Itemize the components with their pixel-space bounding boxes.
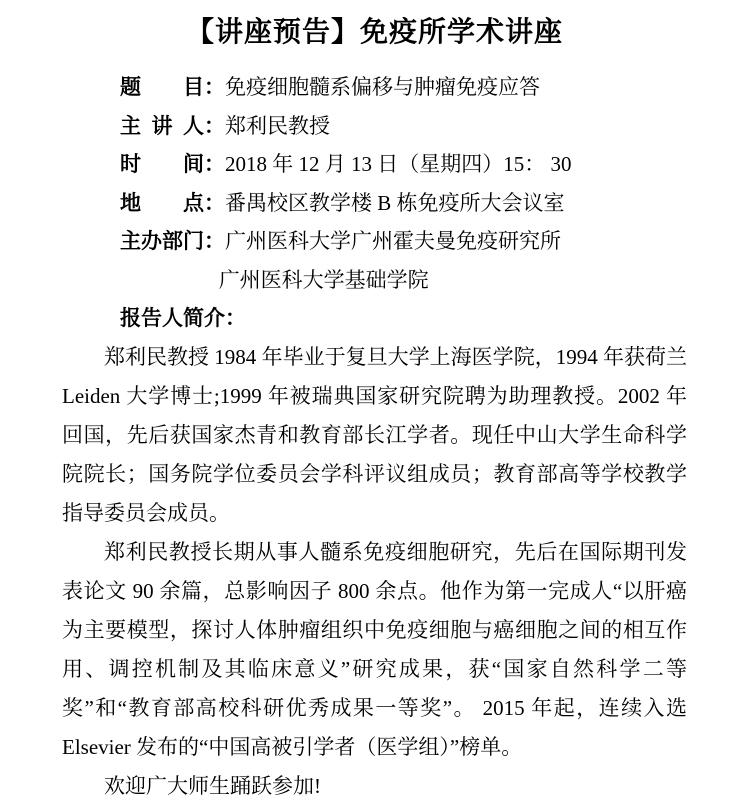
field-row-time: 时间：2018 年 12 月 13 日（星期四）15： 30 <box>120 145 687 184</box>
field-value-topic: 免疫细胞髓系偏移与肿瘤免疫应答 <box>225 75 540 99</box>
speaker-bio-paragraph-2: 郑利民教授长期从事人髓系免疫细胞研究，先后在国际期刊发表论文 90 余篇，总影响… <box>62 533 687 767</box>
field-row-speaker: 主讲人：郑利民教授 <box>120 107 687 146</box>
field-label-organizer: 主办部门 <box>120 222 204 261</box>
field-colon: ： <box>204 75 225 99</box>
page-title: 【讲座预告】免疫所学术讲座 <box>62 14 687 52</box>
field-colon: ： <box>204 152 225 176</box>
field-row-location: 地点：番禺校区教学楼 B 栋免疫所大会议室 <box>120 184 687 223</box>
document-page: 【讲座预告】免疫所学术讲座 题目：免疫细胞髓系偏移与肿瘤免疫应答 主讲人：郑利民… <box>0 0 747 804</box>
field-label-speaker: 主讲人 <box>120 107 204 146</box>
field-row-organizer: 主办部门：广州医科大学广州霍夫曼免疫研究所 <box>120 222 687 261</box>
speaker-bio-paragraph-1: 郑利民教授 1984 年毕业于复旦大学上海医学院，1994 年获荷兰 Leide… <box>62 338 687 533</box>
field-colon: ： <box>204 229 225 253</box>
closing-invitation: 欢迎广大师生踊跃参加! <box>62 767 687 804</box>
field-value-location: 番禺校区教学楼 B 栋免疫所大会议室 <box>225 191 565 215</box>
speaker-bio-heading: 报告人简介： <box>120 299 687 338</box>
field-colon: ： <box>204 191 225 215</box>
field-value-time: 2018 年 12 月 13 日（星期四）15： 30 <box>225 152 572 176</box>
field-colon: ： <box>204 114 225 138</box>
field-label-time: 时间 <box>120 145 204 184</box>
field-label-location: 地点 <box>120 184 204 223</box>
field-value-organizer: 广州医科大学广州霍夫曼免疫研究所 <box>225 229 561 253</box>
lecture-info-fields: 题目：免疫细胞髓系偏移与肿瘤免疫应答 主讲人：郑利民教授 时间：2018 年 1… <box>120 68 687 299</box>
field-value-organizer-line2: 广州医科大学基础学院 <box>120 261 687 300</box>
field-row-topic: 题目：免疫细胞髓系偏移与肿瘤免疫应答 <box>120 68 687 107</box>
field-value-speaker: 郑利民教授 <box>225 114 330 138</box>
field-label-topic: 题目 <box>120 68 204 107</box>
